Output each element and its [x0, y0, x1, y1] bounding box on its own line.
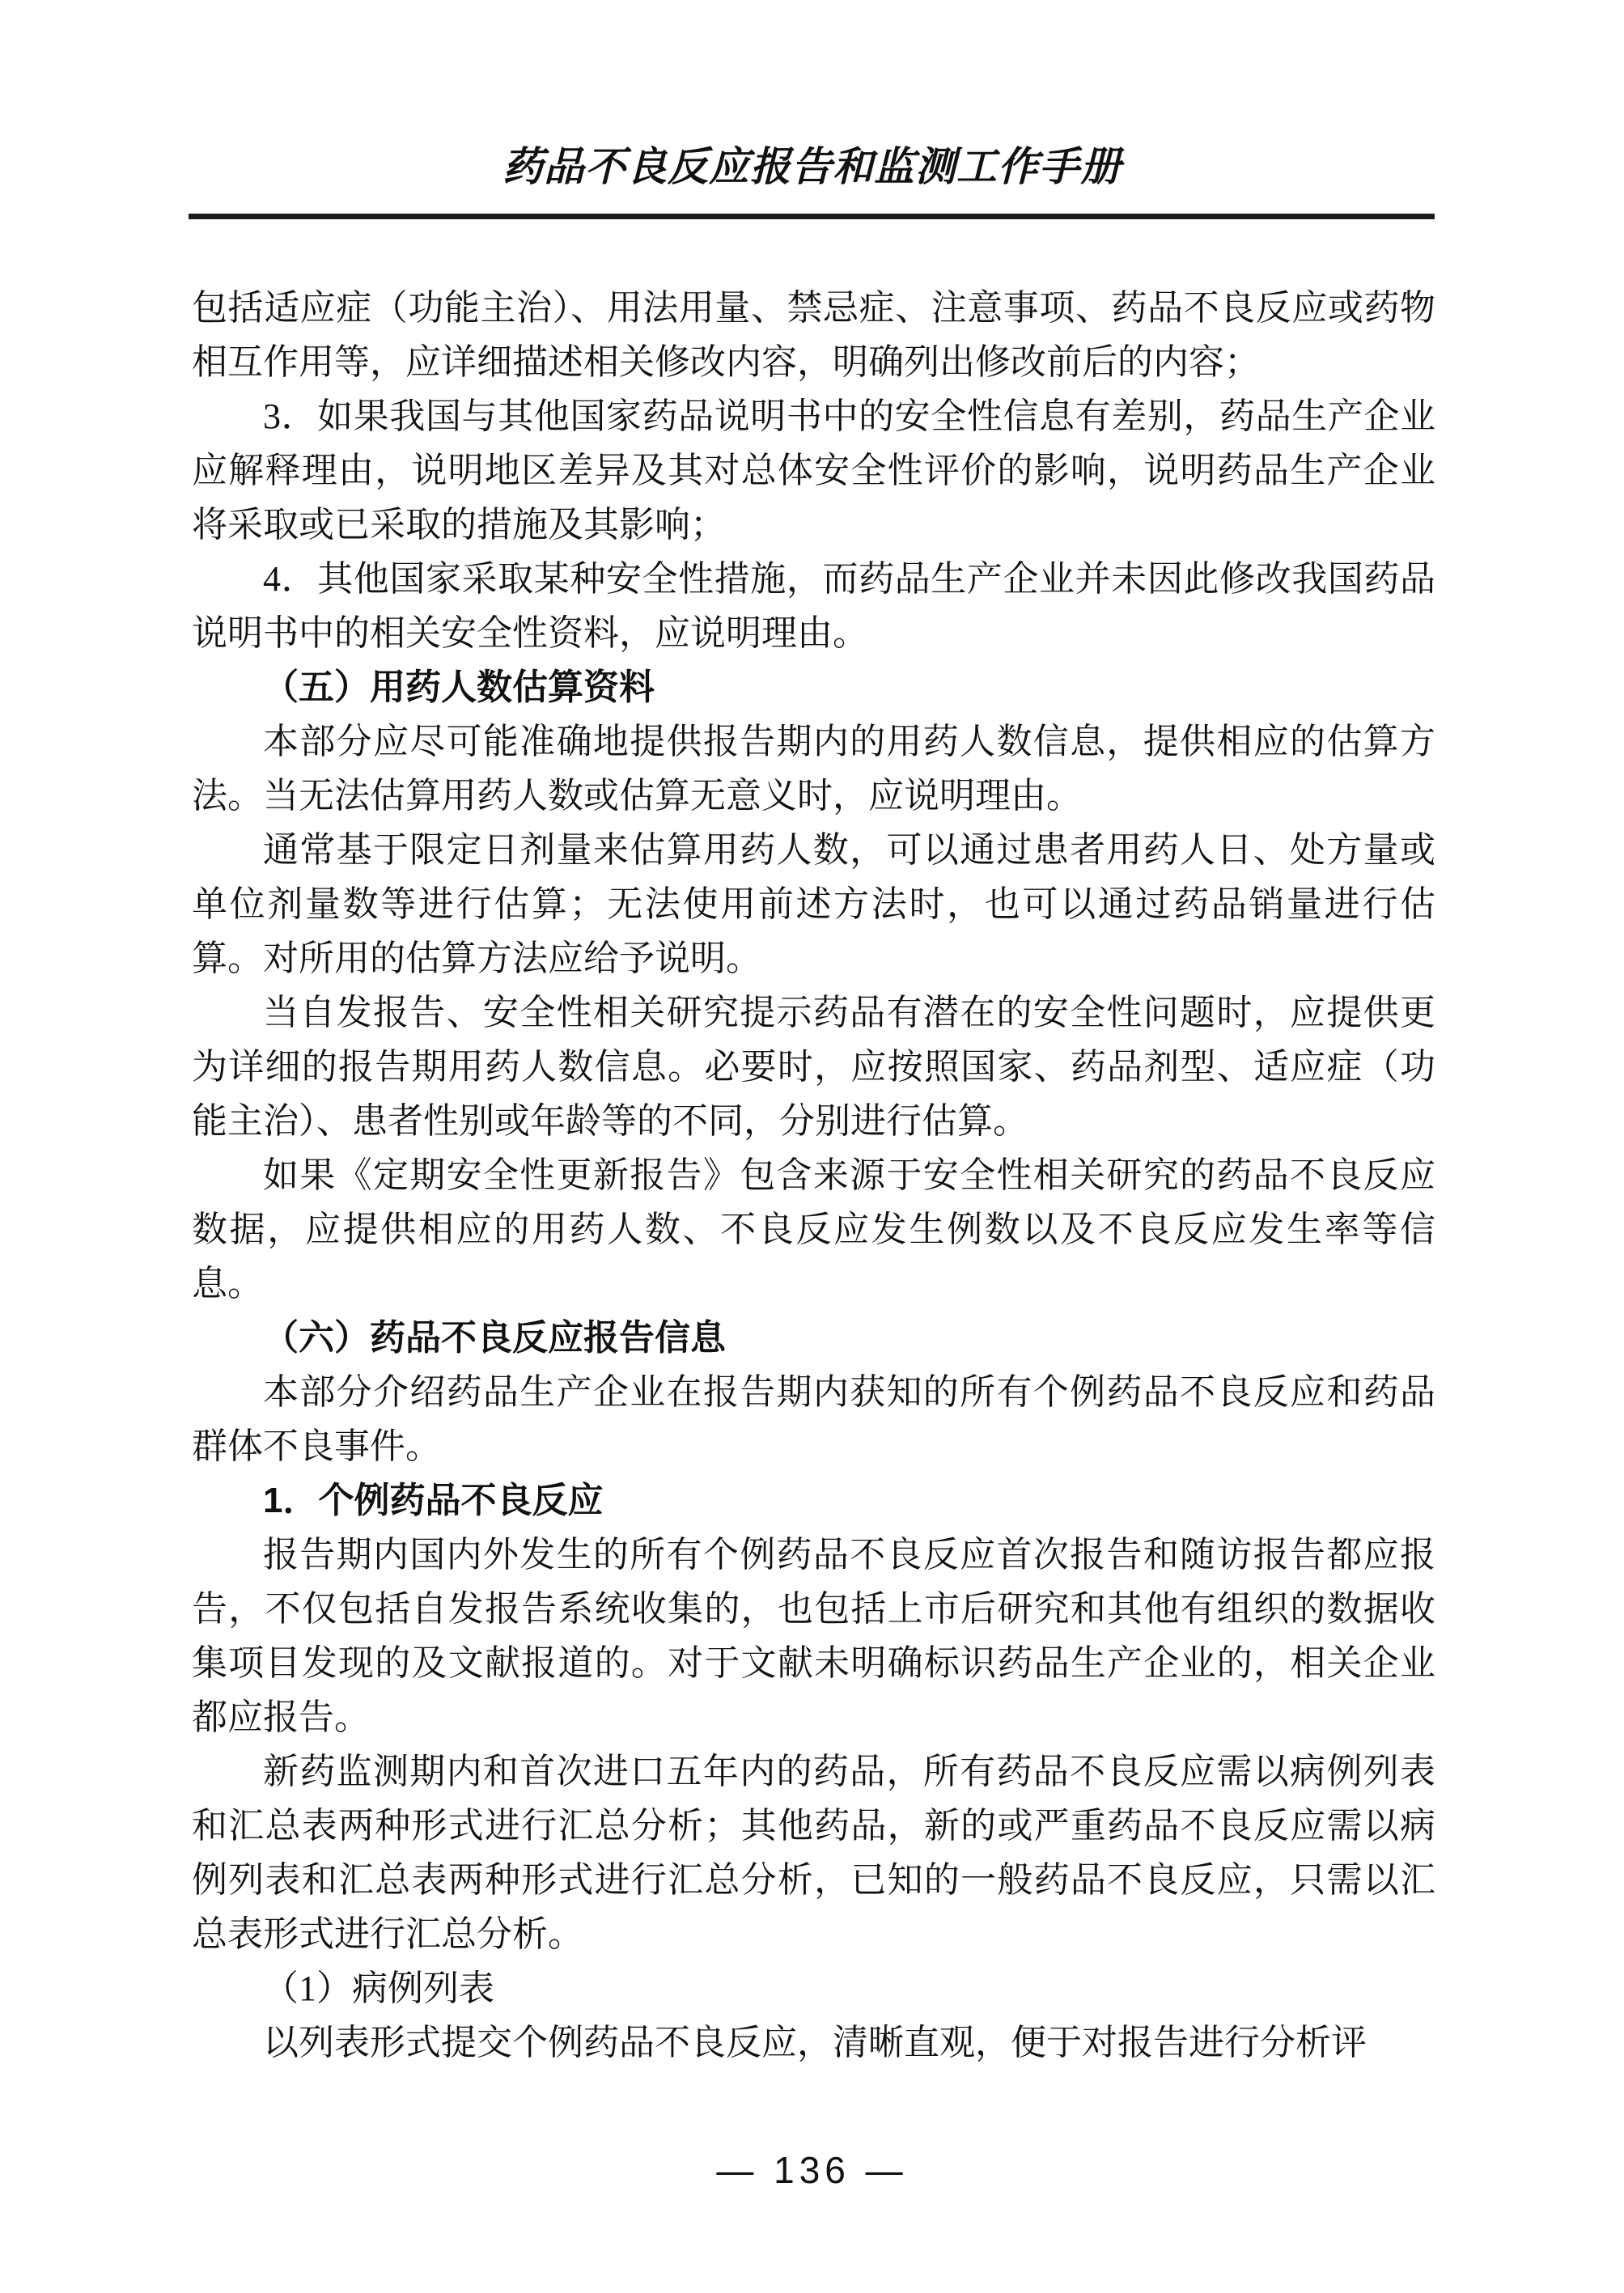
- paragraph: 通常基于限定日剂量来估算用药人数，可以通过患者用药人日、处方量或单位剂量数等进行…: [192, 823, 1435, 985]
- paragraph-continued: 包括适应症（功能主治）、用法用量、禁忌症、注意事项、药品不良反应或药物相互作用等…: [192, 281, 1435, 389]
- paragraph-item-3: 3．如果我国与其他国家药品说明书中的安全性信息有差别，药品生产企业应解释理由，说…: [192, 389, 1435, 552]
- header-rule: [189, 214, 1435, 219]
- paragraph: 本部分介绍药品生产企业在报告期内获知的所有个例药品不良反应和药品群体不良事件。: [192, 1365, 1435, 1473]
- page-body: 包括适应症（功能主治）、用法用量、禁忌症、注意事项、药品不良反应或药物相互作用等…: [192, 281, 1435, 2070]
- paragraph: 如果《定期安全性更新报告》包含来源于安全性相关研究的药品不良反应数据，应提供相应…: [192, 1148, 1435, 1311]
- paragraph: 报告期内国内外发生的所有个例药品不良反应首次报告和随访报告都应报告，不仅包括自发…: [192, 1528, 1435, 1744]
- document-page: 药品不良反应报告和监测工作手册 包括适应症（功能主治）、用法用量、禁忌症、注意事…: [0, 0, 1624, 2293]
- paragraph-item-4: 4．其他国家采取某种安全性措施，而药品生产企业并未因此修改我国药品说明书中的相关…: [192, 552, 1435, 660]
- paragraph: 新药监测期内和首次进口五年内的药品，所有药品不良反应需以病例列表和汇总表两种形式…: [192, 1744, 1435, 1961]
- paragraph-cutoff: 以列表形式提交个例药品不良反应，清晰直观，便于对报告进行分析评: [192, 2015, 1435, 2070]
- list-item-heading-1: （1）病例列表: [192, 1961, 1435, 2015]
- section-heading-5: （五）用药人数估算资料: [192, 660, 1435, 714]
- paragraph: 本部分应尽可能准确地提供报告期内的用药人数信息，提供相应的估算方法。当无法估算用…: [192, 714, 1435, 823]
- sub-heading-1: 1．个例药品不良反应: [192, 1473, 1435, 1528]
- section-heading-6: （六）药品不良反应报告信息: [192, 1311, 1435, 1365]
- paragraph: 当自发报告、安全性相关研究提示药品有潜在的安全性问题时，应提供更为详细的报告期用…: [192, 985, 1435, 1148]
- page-number: — 136 —: [0, 2148, 1624, 2192]
- running-head-title: 药品不良反应报告和监测工作手册: [0, 134, 1624, 193]
